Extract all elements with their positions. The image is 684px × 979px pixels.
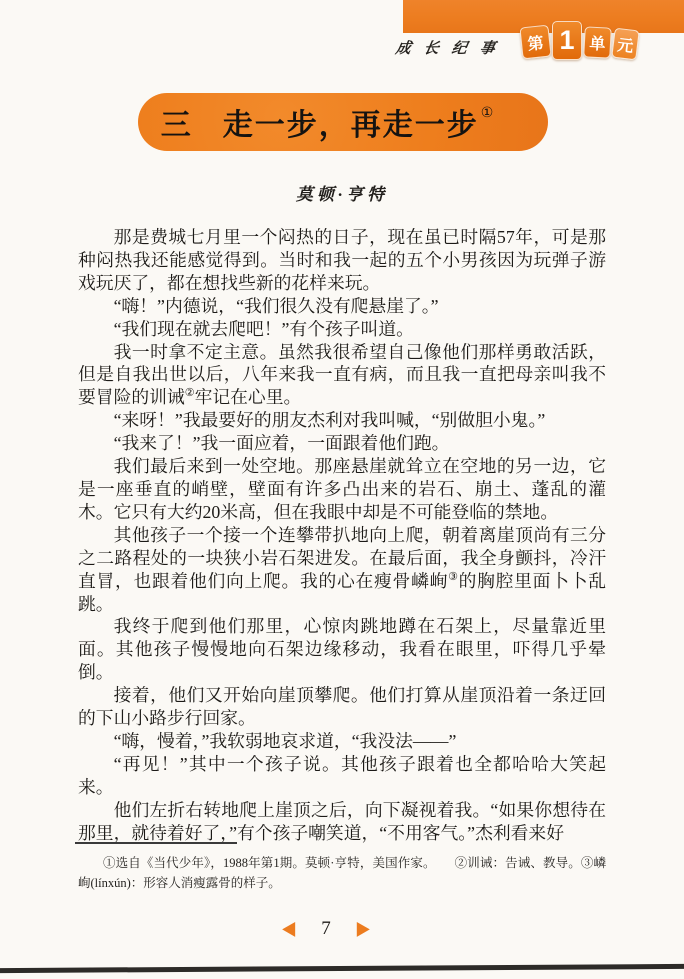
page-number: 7 <box>321 918 331 940</box>
unit-badge-char: 1 <box>552 21 582 60</box>
paragraph: “嗨，慢着，”我软弱地哀求道，“我没法——” <box>78 730 606 753</box>
paragraph: 我们最后来到一处空地。那座悬崖就耸立在空地的另一边，它是一座垂直的峭壁，壁面有许… <box>78 455 606 524</box>
paragraph: 其他孩子一个接一个连攀带扒地向上爬，朝着离崖顶尚有三分之二路程处的一块狭小岩石架… <box>78 524 606 616</box>
paragraph: 他们左折右转地爬上崖顶之后，向下凝视着我。“如果你想待在那里，就待着好了，”有个… <box>78 799 606 845</box>
next-page-icon[interactable]: ▶ <box>357 919 370 939</box>
paragraph: “来呀！”我最要好的朋友杰利对我叫喊，“别做胆小鬼。” <box>78 409 606 432</box>
unit-badge: 第1单元 <box>521 21 638 60</box>
footnote-divider <box>75 842 237 844</box>
footnote-ref-icon: ③ <box>448 571 459 583</box>
paragraph: 我终于爬到他们那里，心惊肉跳地蹲在石架上，尽量靠近里面。其他孩子慢慢地向石架边缘… <box>78 615 606 684</box>
unit-badge-char: 元 <box>611 28 639 61</box>
footnotes-text: ①选自《当代少年》，1988年第1期。莫顿·亨特，美国作家。 ②训诫：告诫、教导… <box>78 853 606 893</box>
pagination: ◀ 7 ▶ <box>0 918 668 940</box>
unit-badge-char: 单 <box>583 26 612 58</box>
page-bottom-edge <box>0 964 684 973</box>
article-body: 那是费城七月里一个闷热的日子，现在虽已时隔57年，可是那种闷热我还能感觉得到。当… <box>78 226 606 844</box>
lesson-title-pill: 三 走一步，再走一步 ① <box>138 93 548 151</box>
footnote-ref-icon: ② <box>185 387 195 399</box>
author-name: 莫顿·亨特 <box>0 180 684 205</box>
paragraph: 那是费城七月里一个闷热的日子，现在虽已时隔57年，可是那种闷热我还能感觉得到。当… <box>78 226 606 295</box>
paragraph: 我一时拿不定主意。虽然我很希望自己像他们那样勇敢活跃，但是自我出世以后，八年来我… <box>78 341 606 410</box>
textbook-page: 成长纪事 第1单元 三 走一步，再走一步 ① 莫顿·亨特 那是费城七月里一个闷热… <box>0 0 684 979</box>
paragraph: “再见！”其中一个孩子说。其他孩子跟着也全都哈哈大笑起来。 <box>78 753 606 799</box>
lesson-title: 走一步，再走一步 <box>223 100 479 144</box>
prev-page-icon[interactable]: ◀ <box>282 919 295 939</box>
paragraph: 接着，他们又开始向崖顶攀爬。他们打算从崖顶沿着一条迂回的下山小路步行回家。 <box>78 684 606 730</box>
unit-badge-char: 第 <box>519 25 551 60</box>
footnote-ref-icon: ① <box>481 104 496 121</box>
lesson-number: 三 <box>161 100 193 144</box>
paragraph: “我们现在就去爬吧！”有个孩子叫道。 <box>78 318 606 341</box>
paragraph: “我来了！”我一面应着，一面跟着他们跑。 <box>78 432 606 455</box>
paragraph: “嗨！”内德说，“我们很久没有爬悬崖了。” <box>78 295 606 318</box>
